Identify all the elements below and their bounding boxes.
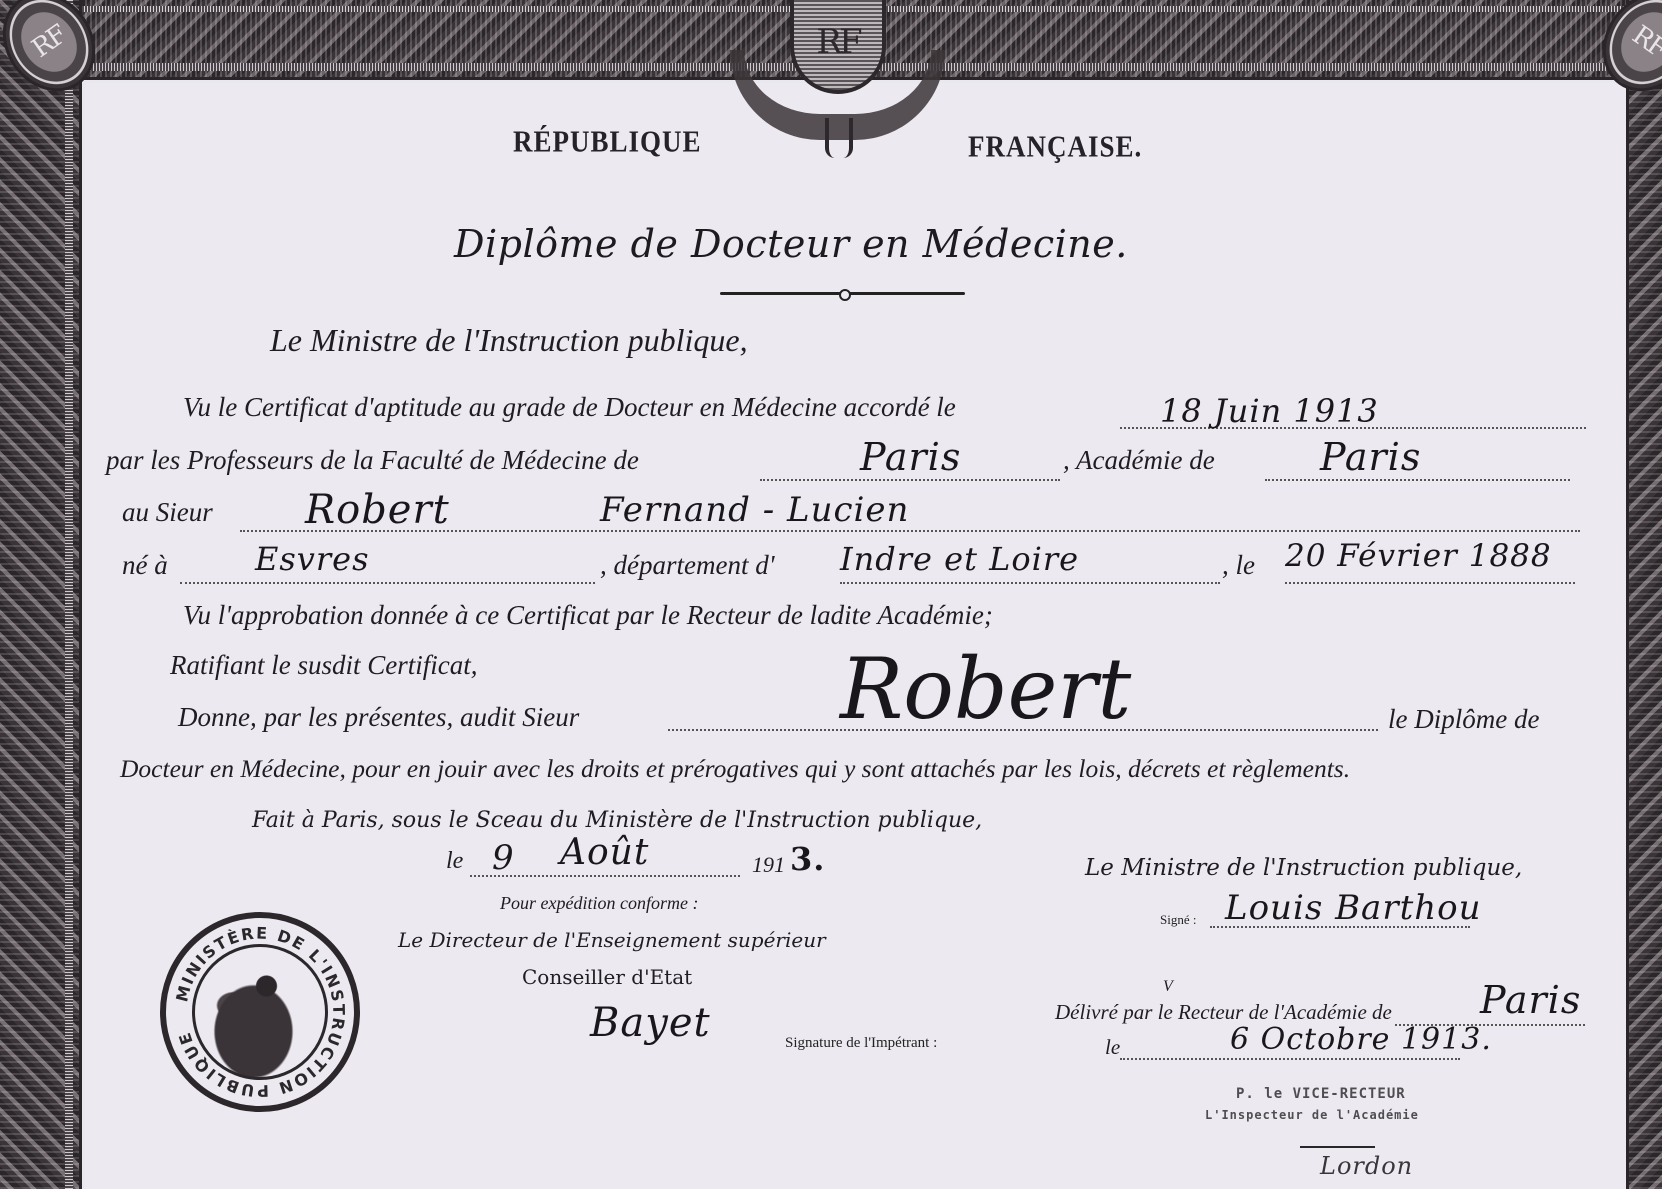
fait-day-value: 9 (492, 838, 515, 878)
directeur-enseignement: Le Directeur de l'Enseignement supérieur (398, 928, 826, 952)
line4-mid: , département d' (600, 550, 775, 581)
faculty-value: Paris (860, 435, 961, 479)
surname-value: Robert (305, 487, 450, 533)
fait-year-printed: 191 (752, 852, 785, 878)
title-ornament-rule (720, 292, 965, 295)
fait-le-label: le (446, 848, 463, 875)
expedition-conforme: Pour expédition conforme : (500, 893, 698, 914)
given-names-value: Fernand - Lucien (600, 490, 909, 530)
donne-line-prefix: Donne, par les présentes, audit Sieur (178, 702, 579, 733)
minister-title: Le Ministre de l'Instruction publique, (1085, 855, 1522, 881)
line4-le: , le (1222, 550, 1255, 581)
birthplace-value: Esvres (255, 540, 370, 578)
line2-mid: , Académie de (1063, 445, 1215, 476)
departement-value: Indre et Loire (840, 540, 1079, 578)
signe-label: Signé : (1160, 912, 1196, 928)
preamble-minister: Le Ministre de l'Instruction publique, (270, 322, 748, 359)
line2-faculty-dotted (760, 479, 1060, 481)
vice-recteur-stamp-line1: P. le VICE-RECTEUR (1236, 1086, 1406, 1102)
approbation-line: Vu l'approbation donnée à ce Certificat … (183, 600, 993, 631)
rf-shield-icon: RF (790, 0, 886, 94)
line4-birthdate-dotted (1285, 582, 1575, 584)
line1-prefix: Vu le Certificat d'aptitude au grade de … (183, 392, 956, 423)
fait-month-value: Août (560, 832, 649, 873)
line2-academie-dotted (1265, 479, 1570, 481)
delivre-academie-value: Paris (1480, 978, 1581, 1022)
line2-prefix: par les Professeurs de la Faculté de Méd… (106, 445, 639, 476)
line4-birthplace-dotted (180, 582, 595, 584)
line4-prefix: né à (122, 550, 168, 581)
stamp-underline (1300, 1146, 1375, 1148)
republic-emblem-icon: RF (770, 0, 905, 165)
vice-recteur-stamp-line2: L'Inspecteur de l'Académie (1205, 1108, 1419, 1122)
birthdate-value: 20 Février 1888 (1285, 538, 1552, 574)
graduate-name-large: Robert (840, 640, 1131, 738)
line4-departement-dotted (840, 582, 1220, 584)
medallion-monogram: RF (27, 20, 72, 64)
fait-a-paris-line: Fait à Paris, sous le Sceau du Ministère… (252, 808, 982, 833)
ratifiant-line: Ratifiant le susdit Certificat, (170, 650, 478, 681)
impetrant-signature-label: Signature de l'Impétrant : (785, 1035, 937, 1052)
delivre-date-dotted (1120, 1058, 1460, 1060)
seal-text-ring: MINISTÈRE DE L'INSTRUCTION PUBLIQUE (166, 918, 354, 1106)
delivre-le-label: le (1105, 1035, 1120, 1060)
emblem-monogram: RF (816, 22, 859, 62)
droits-line: Docteur en Médecine, pour en jouir avec … (120, 754, 1350, 784)
ministry-seal-icon: MINISTÈRE DE L'INSTRUCTION PUBLIQUE (160, 912, 360, 1112)
seal-text: MINISTÈRE DE L'INSTRUCTION PUBLIQUE (172, 924, 348, 1101)
header-republique: RÉPUBLIQUE (513, 124, 702, 160)
bottom-signature: Lordon (1320, 1152, 1413, 1180)
donne-line-suffix: le Diplôme de (1388, 704, 1539, 735)
diploma-title: Diplôme de Docteur en Médecine. (454, 222, 1128, 266)
svg-text:MINISTÈRE DE L'INSTRUCTION PUB: MINISTÈRE DE L'INSTRUCTION PUBLIQUE (172, 924, 348, 1101)
conseiller-etat: Conseiller d'Etat (522, 965, 692, 989)
directeur-signature: Bayet (590, 1000, 711, 1046)
header-francaise: FRANÇAISE. (968, 129, 1142, 165)
seal-text-svg: MINISTÈRE DE L'INSTRUCTION PUBLIQUE (166, 918, 354, 1106)
minister-signature: Louis Barthou (1225, 888, 1482, 928)
frame-right-border (1626, 0, 1662, 1189)
line3-prefix: au Sieur (122, 497, 213, 528)
ribbon-icon (825, 118, 853, 158)
delivre-date-value: 6 Octobre 1913. (1230, 1022, 1492, 1057)
frame-left-border (0, 0, 82, 1189)
medallion-monogram: RF (1627, 20, 1662, 64)
academie-value: Paris (1320, 435, 1421, 479)
vice-mark: V (1163, 978, 1173, 996)
certificate-date-value: 18 Juin 1913 (1160, 392, 1379, 430)
fait-year-hand: 3. (790, 840, 825, 878)
